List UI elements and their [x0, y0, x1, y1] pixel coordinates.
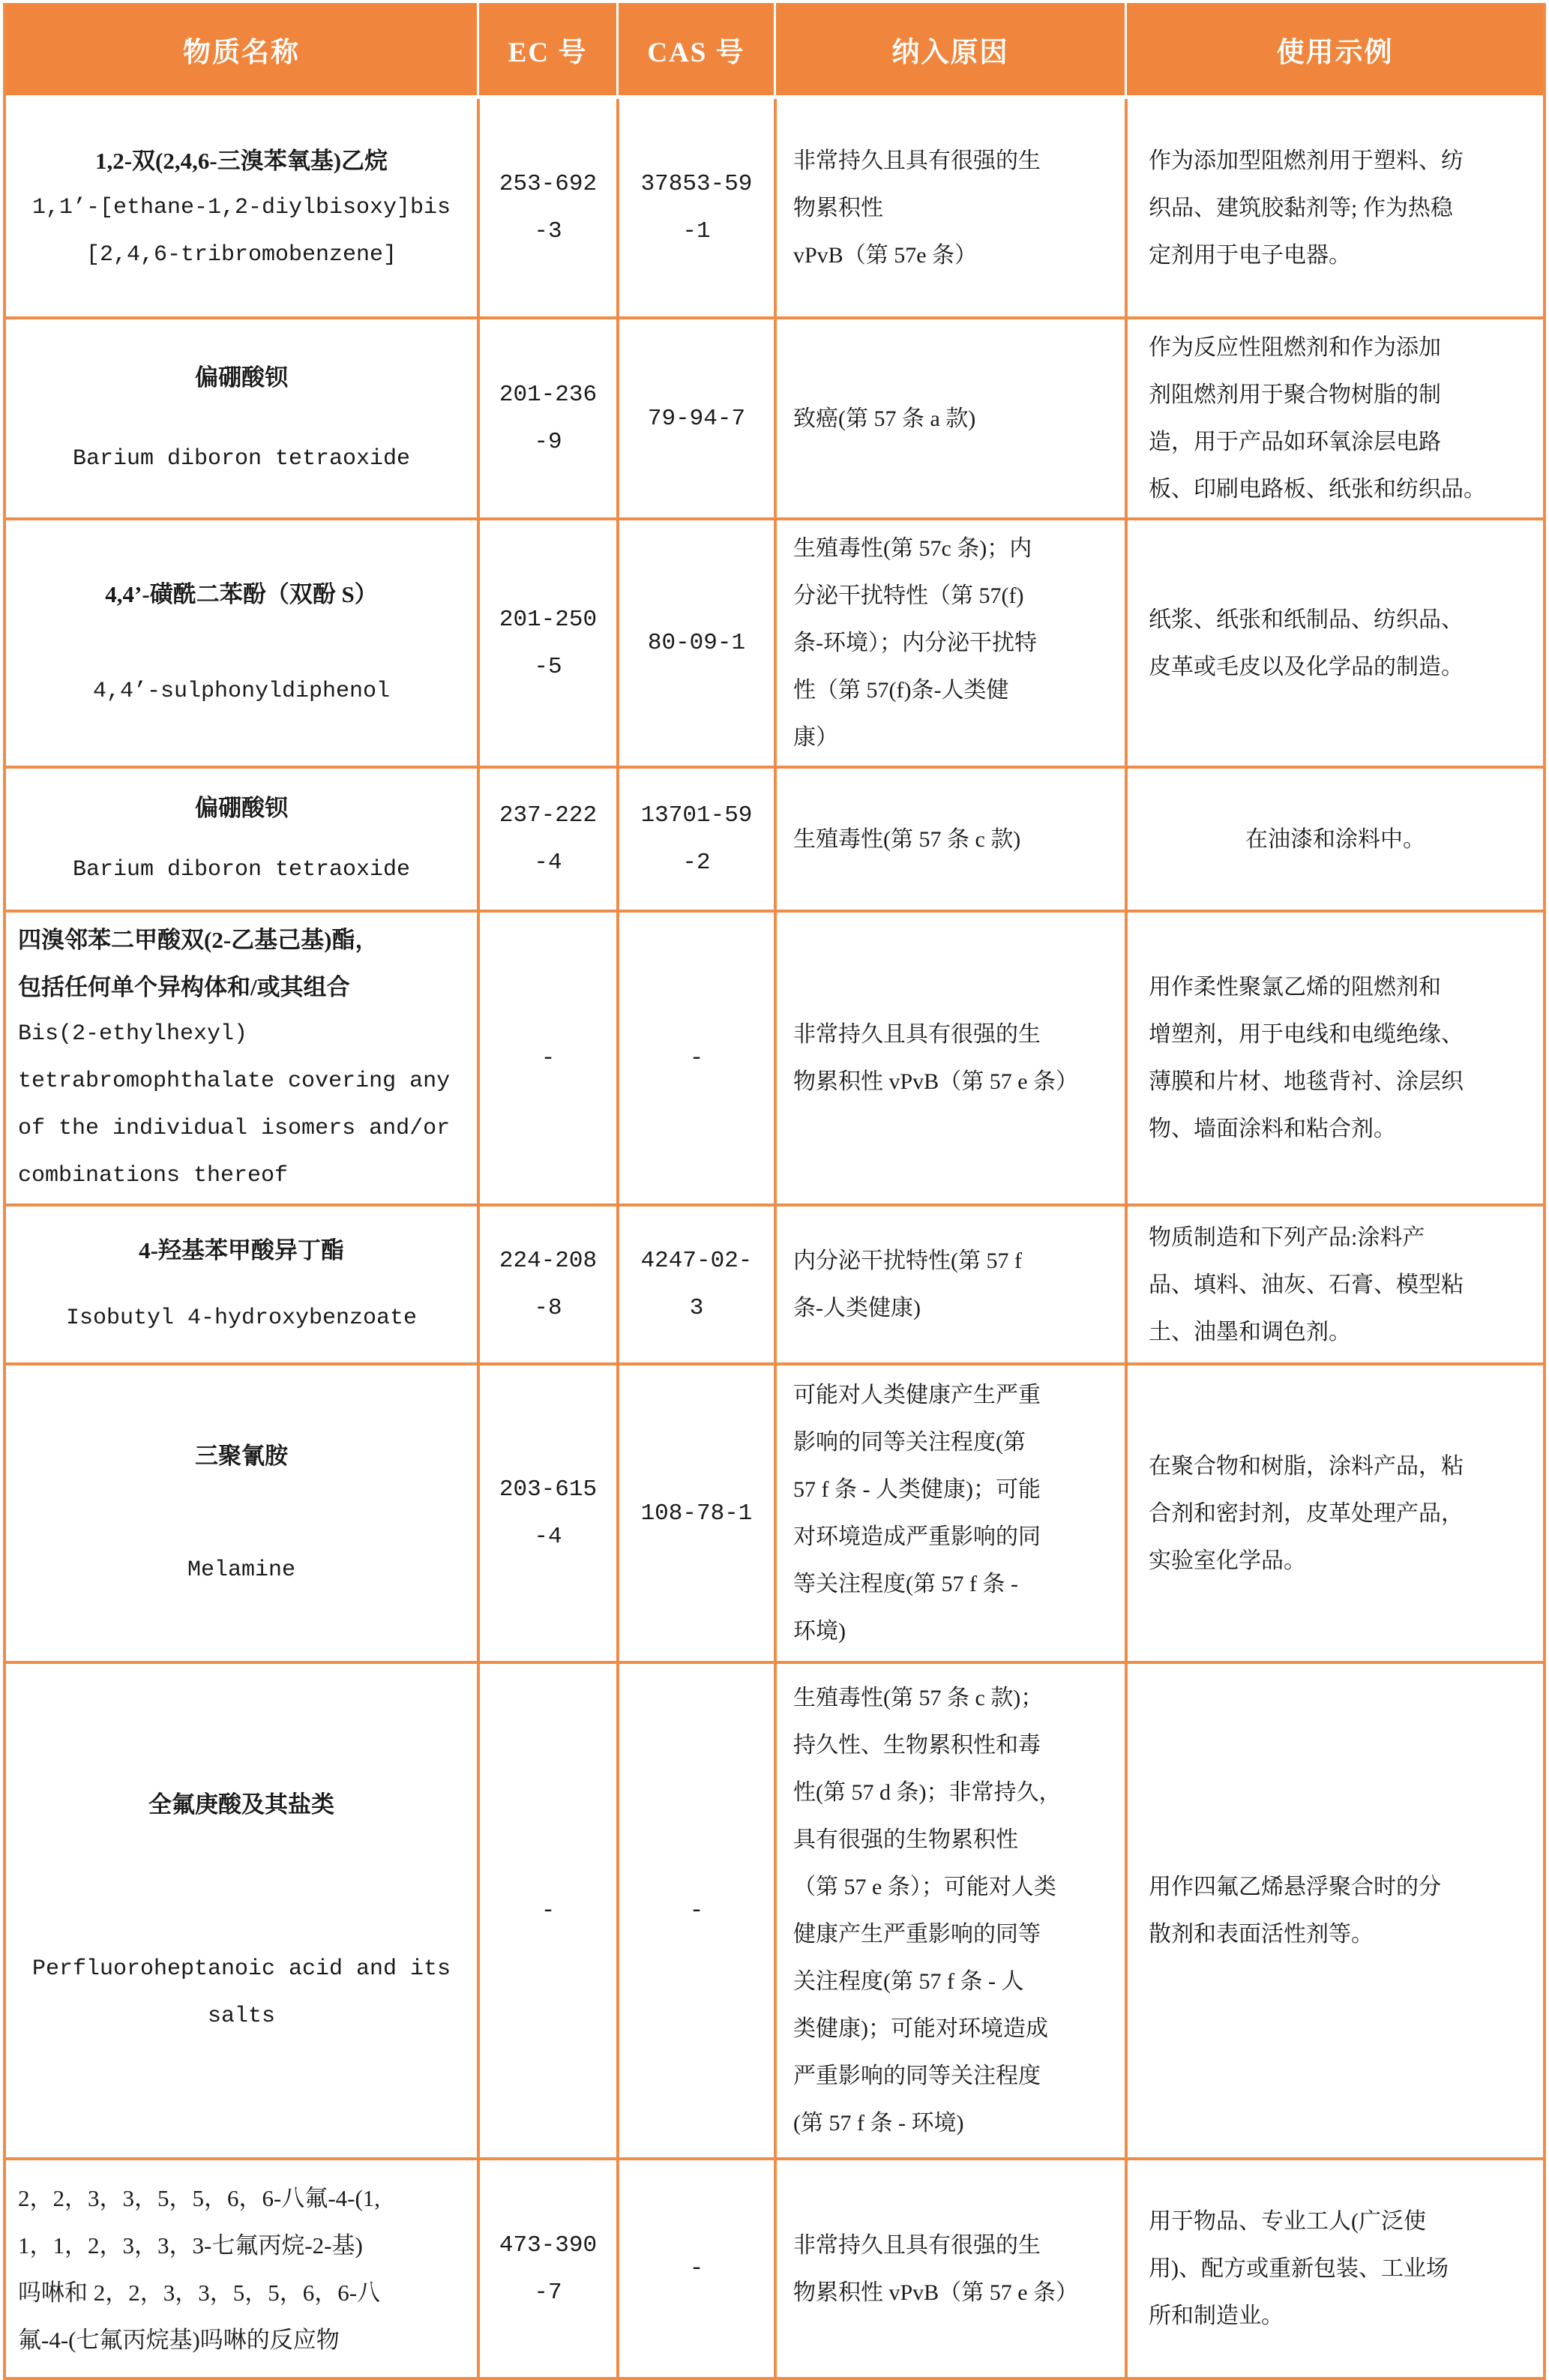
header-cas-number: CAS 号 — [616, 3, 774, 95]
substance-name-zh: 1,2-双(2,4,6-三溴苯氧基)乙烷 — [6, 137, 477, 184]
inclusion-reason-cell: 非常持久且具有很强的生 物累积性 vPvB（第 57e 条） — [774, 99, 1125, 316]
substance-name-cell: 偏硼酸钡Barium diboron tetraoxide — [6, 319, 477, 517]
substance-name-cell: 四溴邻苯二甲酸双(2-乙基己基)酯， 包括任何单个异构体和/或其组合Bis(2-… — [6, 913, 477, 1203]
cas-number-cell: 13701-59 -2 — [616, 769, 774, 910]
substance-name-cell: 1,2-双(2,4,6-三溴苯氧基)乙烷1,1’-[ethane-1,2-diy… — [6, 99, 477, 316]
substance-name-cell: 全氟庚酸及其盐类Perfluoroheptanoic acid and its … — [6, 1664, 477, 2157]
usage-example-cell: 用作柔性聚氯乙烯的阻燃剂和 增塑剂，用于电线和电缆绝缘、 薄膜和片材、地毯背衬、… — [1125, 913, 1543, 1203]
substance-name-zh: 2，2，3，3，5，5，6，6-八氟-4-(1, 1，1，2，3，3，3-七氟丙… — [18, 2175, 468, 2364]
header-usage-example: 使用示例 — [1125, 3, 1543, 95]
substance-name-zh: 4-羟基苯甲酸异丁酯 — [139, 1227, 344, 1274]
svhc-substance-table: 物质名称 EC 号 CAS 号 纳入原因 使用示例 1,2-双(2,4,6-三溴… — [3, 3, 1546, 2380]
usage-example-cell: 用于物品、专业工人(广泛使 用)、配方或重新包装、工业场 所和制造业。 — [1125, 2160, 1543, 2377]
substance-name-cell: 三聚氰胺Melamine — [6, 1365, 477, 1661]
ec-number-cell: 201-250 -5 — [477, 520, 616, 766]
table-row: 偏硼酸钡Barium diboron tetraoxide 237-222 -4… — [6, 766, 1543, 910]
usage-example-cell: 作为反应性阻燃剂和作为添加 剂阻燃剂用于聚合物树脂的制 造，用于产品如环氧涂层电… — [1125, 319, 1543, 517]
inclusion-reason-cell: 内分泌干扰特性(第 57 f 条-人类健康) — [774, 1206, 1125, 1362]
table-row: 4,4’-磺酰二苯酚（双酚 S）4,4’-sulphonyldiphenol 2… — [6, 517, 1543, 766]
substance-name-en: Isobutyl 4-hydroxybenzoate — [66, 1295, 417, 1342]
inclusion-reason-cell: 生殖毒性(第 57 条 c 款) — [774, 769, 1125, 910]
cas-number-cell: - — [616, 913, 774, 1203]
table-row: 全氟庚酸及其盐类Perfluoroheptanoic acid and its … — [6, 1661, 1543, 2157]
cas-number-cell: 108-78-1 — [616, 1365, 774, 1661]
table-row: 四溴邻苯二甲酸双(2-乙基己基)酯， 包括任何单个异构体和/或其组合Bis(2-… — [6, 910, 1543, 1203]
ec-number-cell: - — [477, 1664, 616, 2157]
table-header-row: 物质名称 EC 号 CAS 号 纳入原因 使用示例 — [6, 3, 1543, 99]
substance-name-en: Melamine — [187, 1547, 295, 1594]
substance-name-en: Perfluoroheptanoic acid and its salts — [32, 1946, 451, 2040]
table-row: 三聚氰胺Melamine 203-615 -4 108-78-1 可能对人类健康… — [6, 1362, 1543, 1661]
inclusion-reason-cell: 生殖毒性(第 57c 条)；内 分泌干扰特性（第 57(f) 条-环境）；内分泌… — [774, 520, 1125, 766]
ec-number-cell: 237-222 -4 — [477, 769, 616, 910]
header-inclusion-reason: 纳入原因 — [774, 3, 1125, 95]
cas-number-cell: 37853-59 -1 — [616, 99, 774, 316]
substance-name-cell: 4-羟基苯甲酸异丁酯Isobutyl 4-hydroxybenzoate — [6, 1206, 477, 1362]
substance-name-zh: 四溴邻苯二甲酸双(2-乙基己基)酯， 包括任何单个异构体和/或其组合 — [18, 916, 468, 1011]
cas-number-cell: 4247-02- 3 — [616, 1206, 774, 1362]
ec-number-cell: 473-390 -7 — [477, 2160, 616, 2377]
usage-example-cell: 在油漆和涂料中。 — [1125, 769, 1543, 910]
substance-name-zh: 全氟庚酸及其盐类 — [148, 1781, 334, 1828]
substance-name-cell: 4,4’-磺酰二苯酚（双酚 S）4,4’-sulphonyldiphenol — [6, 520, 477, 766]
inclusion-reason-cell: 可能对人类健康产生严重 影响的同等关注程度(第 57 f 条 - 人类健康)；可… — [774, 1365, 1125, 1661]
substance-name-zh: 三聚氰胺 — [195, 1432, 288, 1479]
substance-name-en: 1,1’-[ethane-1,2-diylbisoxy]bis [2,4,6-t… — [6, 184, 477, 279]
usage-example-cell: 用作四氟乙烯悬浮聚合时的分 散剂和表面活性剂等。 — [1125, 1664, 1543, 2157]
ec-number-cell: 203-615 -4 — [477, 1365, 616, 1661]
table-row: 4-羟基苯甲酸异丁酯Isobutyl 4-hydroxybenzoate 224… — [6, 1203, 1543, 1362]
substance-name-zh: 4,4’-磺酰二苯酚（双酚 S） — [105, 571, 377, 618]
table-row: 偏硼酸钡Barium diboron tetraoxide 201-236 -9… — [6, 316, 1543, 517]
inclusion-reason-cell: 非常持久且具有很强的生 物累积性 vPvB（第 57 e 条） — [774, 913, 1125, 1203]
substance-name-zh: 偏硼酸钡 — [195, 784, 288, 832]
ec-number-cell: 253-692 -3 — [477, 99, 616, 316]
cas-number-cell: 80-09-1 — [616, 520, 774, 766]
inclusion-reason-cell: 致癌(第 57 条 a 款) — [774, 319, 1125, 517]
usage-example-cell: 在聚合物和树脂，涂料产品，粘 合剂和密封剂，皮革处理产品， 实验室化学品。 — [1125, 1365, 1543, 1661]
inclusion-reason-cell: 非常持久且具有很强的生 物累积性 vPvB（第 57 e 条） — [774, 2160, 1125, 2377]
cas-number-cell: 79-94-7 — [616, 319, 774, 517]
inclusion-reason-cell: 生殖毒性(第 57 条 c 款)； 持久性、生物累积性和毒 性(第 57 d 条… — [774, 1664, 1125, 2157]
ec-number-cell: 201-236 -9 — [477, 319, 616, 517]
table-row: 1,2-双(2,4,6-三溴苯氧基)乙烷1,1’-[ethane-1,2-diy… — [6, 99, 1543, 316]
substance-name-en: Bis(2-ethylhexyl) tetrabromophthalate co… — [18, 1011, 468, 1200]
cas-number-cell: - — [616, 1664, 774, 2157]
usage-example-cell: 物质制造和下列产品:涂料产 品、填料、油灰、石膏、模型粘 土、油墨和调色剂。 — [1125, 1206, 1543, 1362]
usage-example-cell: 作为添加型阻燃剂用于塑料、纺 织品、建筑胶黏剂等; 作为热稳 定剂用于电子电器。 — [1125, 99, 1543, 316]
header-substance-name: 物质名称 — [6, 3, 477, 95]
substance-name-en: 4,4’-sulphonyldiphenol — [93, 668, 390, 715]
header-ec-number: EC 号 — [477, 3, 616, 95]
substance-name-en: Barium diboron tetraoxide — [73, 847, 410, 894]
usage-example-cell: 纸浆、纸张和纸制品、纺织品、 皮革或毛皮以及化学品的制造。 — [1125, 520, 1543, 766]
substance-name-cell: 偏硼酸钡Barium diboron tetraoxide — [6, 769, 477, 910]
substance-name-cell: 2，2，3，3，5，5，6，6-八氟-4-(1, 1，1，2，3，3，3-七氟丙… — [6, 2160, 477, 2377]
cas-number-cell: - — [616, 2160, 774, 2377]
document-page: 物质名称 EC 号 CAS 号 纳入原因 使用示例 1,2-双(2,4,6-三溴… — [0, 0, 1549, 2371]
substance-name-zh: 偏硼酸钡 — [195, 354, 288, 401]
ec-number-cell: 224-208 -8 — [477, 1206, 616, 1362]
ec-number-cell: - — [477, 913, 616, 1203]
substance-name-en: Barium diboron tetraoxide — [73, 436, 410, 483]
table-row: 2，2，3，3，5，5，6，6-八氟-4-(1, 1，1，2，3，3，3-七氟丙… — [6, 2157, 1543, 2377]
